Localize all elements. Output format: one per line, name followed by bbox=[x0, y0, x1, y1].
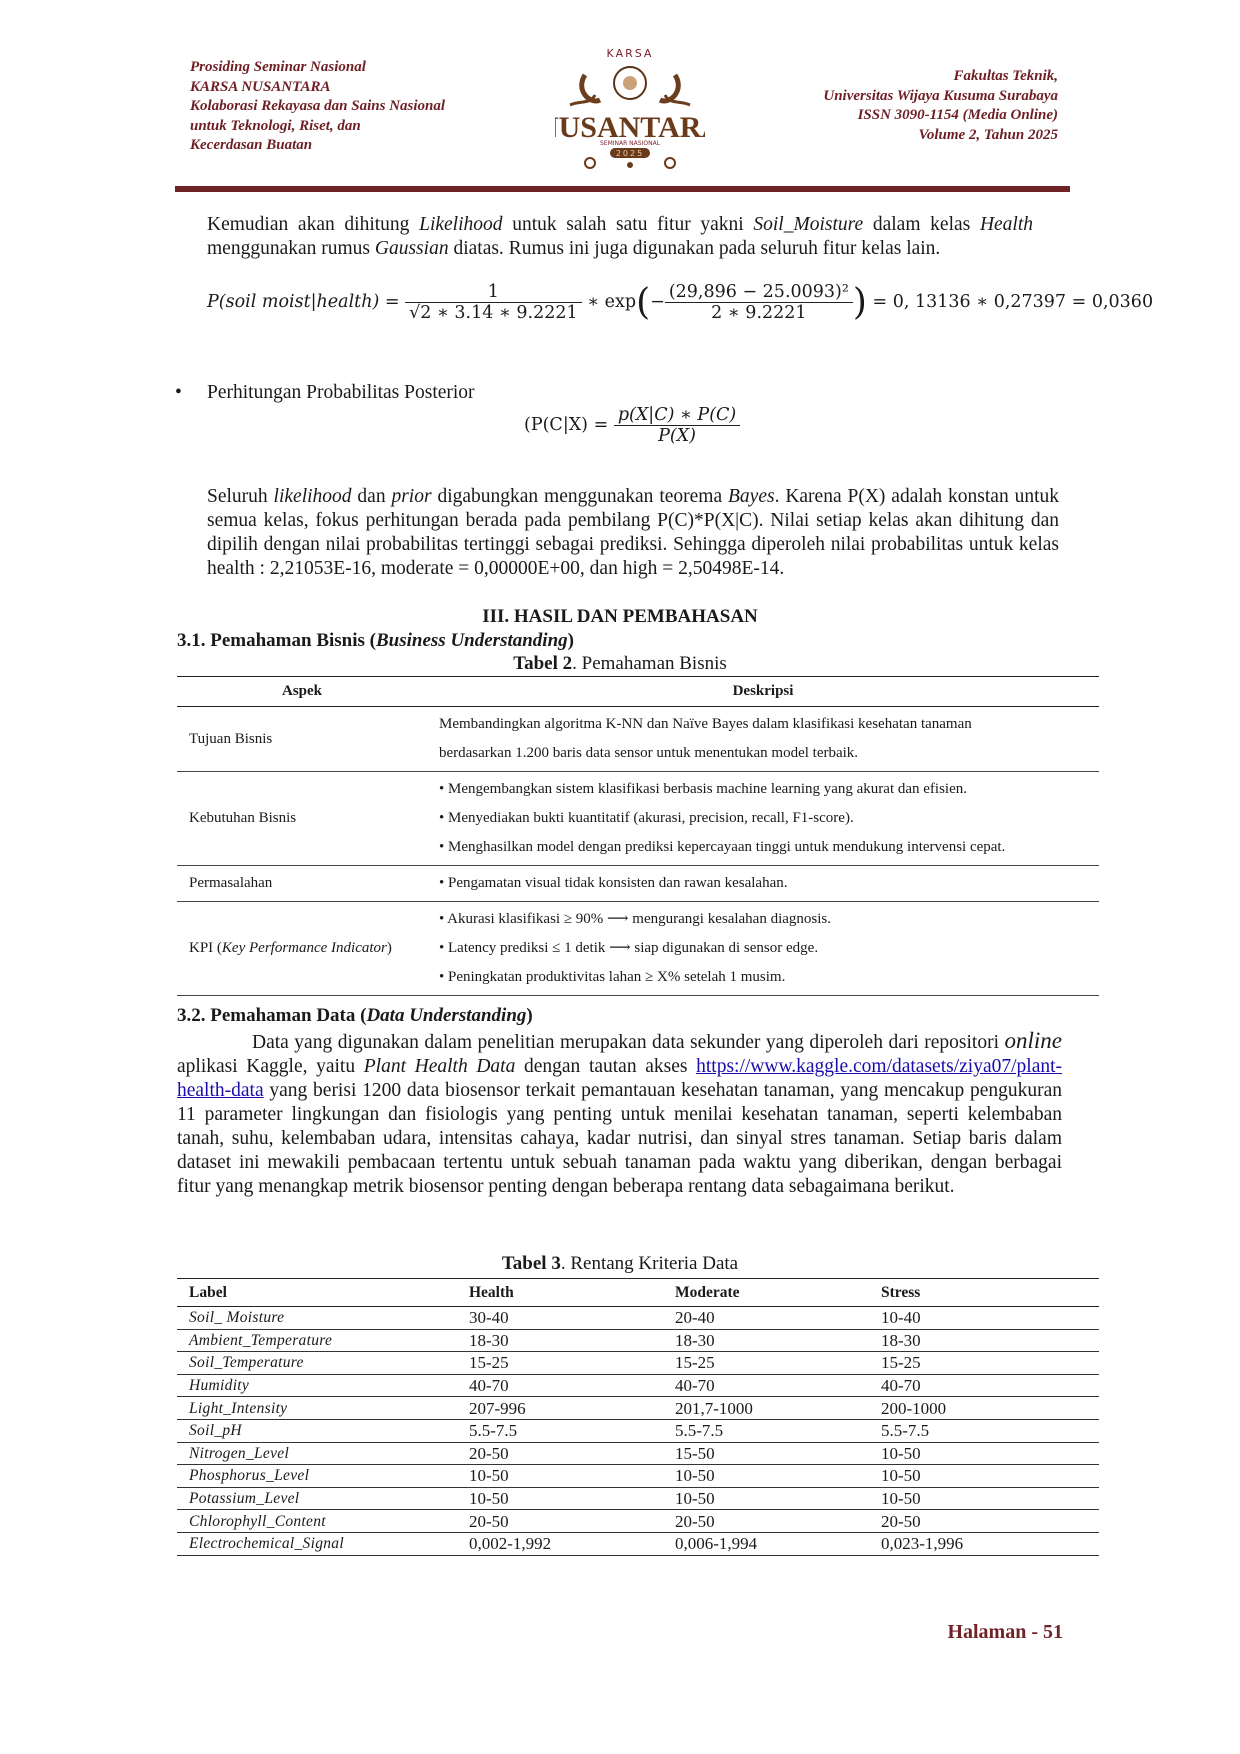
svg-text:KARSA: KARSA bbox=[607, 47, 654, 60]
aspect-cell: Kebutuhan Bisnis bbox=[177, 772, 427, 866]
feature-label-cell: Chlorophyll_Content bbox=[177, 1510, 457, 1533]
range-cell: 10-50 bbox=[457, 1487, 663, 1510]
range-cell: 18-30 bbox=[457, 1329, 663, 1352]
aspect-cell: Tujuan Bisnis bbox=[177, 707, 427, 772]
range-cell: 10-50 bbox=[663, 1487, 869, 1510]
feature-label-cell: Soil_pH bbox=[177, 1419, 457, 1442]
column-header: Stress bbox=[869, 1279, 1099, 1307]
gaussian-likelihood-formula: P(soil moist|health) = 1 √2 ∗ 3.14 ∗ 9.2… bbox=[207, 282, 1153, 323]
table-row: Humidity40-7040-7040-70 bbox=[177, 1374, 1099, 1397]
range-cell: 201,7-1000 bbox=[663, 1397, 869, 1420]
range-cell: 0,023-1,996 bbox=[869, 1532, 1099, 1555]
range-cell: 20-50 bbox=[663, 1510, 869, 1533]
table-row: Phosphorus_Level10-5010-5010-50 bbox=[177, 1465, 1099, 1488]
range-cell: 0,002-1,992 bbox=[457, 1532, 663, 1555]
table-row: Soil_Temperature15-2515-2515-25 bbox=[177, 1352, 1099, 1375]
range-cell: 40-70 bbox=[663, 1374, 869, 1397]
range-cell: 20-50 bbox=[457, 1442, 663, 1465]
header-right-line: Universitas Wijaya Kusuma Surabaya bbox=[823, 87, 1058, 107]
formula-fraction-2: (29,896 − 25.0093)² 2 ∗ 9.2221 bbox=[665, 282, 853, 323]
svg-text:2025: 2025 bbox=[616, 149, 644, 158]
likelihood-paragraph: Kemudian akan dihitung Likelihood untuk … bbox=[207, 213, 1033, 261]
formula-fraction-1: 1 √2 ∗ 3.14 ∗ 9.2221 bbox=[405, 282, 582, 323]
header-left-line: KARSA NUSANTARA bbox=[190, 78, 445, 98]
table-row: Soil_ Moisture30-4020-4010-40 bbox=[177, 1307, 1099, 1330]
range-cell: 20-50 bbox=[869, 1510, 1099, 1533]
range-cell: 10-50 bbox=[869, 1442, 1099, 1465]
feature-label-cell: Potassium_Level bbox=[177, 1487, 457, 1510]
description-cell: • Pengamatan visual tidak konsisten dan … bbox=[427, 866, 1099, 902]
header-left-line: Kolaborasi Rekayasa dan Sains Nasional bbox=[190, 97, 445, 117]
column-header: Health bbox=[457, 1279, 663, 1307]
description-cell: • Mengembangkan sistem klasifikasi berba… bbox=[427, 772, 1099, 866]
section-title: III. HASIL DAN PEMBAHASAN bbox=[0, 606, 1240, 628]
range-cell: 20-40 bbox=[663, 1307, 869, 1330]
range-cell: 207-996 bbox=[457, 1397, 663, 1420]
table-row: Chlorophyll_Content20-5020-5020-50 bbox=[177, 1510, 1099, 1533]
table-row: Ambient_Temperature18-3018-3018-30 bbox=[177, 1329, 1099, 1352]
range-cell: 15-25 bbox=[457, 1352, 663, 1375]
aspect-cell: Permasalahan bbox=[177, 866, 427, 902]
range-cell: 20-50 bbox=[457, 1510, 663, 1533]
table-row: Permasalahan • Pengamatan visual tidak k… bbox=[177, 866, 1099, 902]
column-header: Label bbox=[177, 1279, 457, 1307]
table2-caption: Tabel 2. Pemahaman Bisnis bbox=[0, 653, 1240, 675]
bayes-formula: (P(C|X) = p(X|C) ∗ P(C) P(X) bbox=[524, 405, 740, 446]
header-left-line: Kecerdasan Buatan bbox=[190, 136, 445, 156]
range-cell: 18-30 bbox=[663, 1329, 869, 1352]
range-cell: 10-50 bbox=[869, 1487, 1099, 1510]
feature-label-cell: Electrochemical_Signal bbox=[177, 1532, 457, 1555]
header-right-line: ISSN 3090-1154 (Media Online) bbox=[823, 106, 1058, 126]
range-cell: 15-50 bbox=[663, 1442, 869, 1465]
range-cell: 5.5-7.5 bbox=[869, 1419, 1099, 1442]
header-divider bbox=[175, 186, 1070, 192]
data-criteria-table: Label Health Moderate Stress Soil_ Moist… bbox=[177, 1278, 1099, 1556]
feature-label-cell: Nitrogen_Level bbox=[177, 1442, 457, 1465]
description-cell: Membandingkan algoritma K-NN dan Naïve B… bbox=[427, 707, 1099, 772]
header-right-line: Fakultas Teknik, bbox=[823, 67, 1058, 87]
table-row: Tujuan Bisnis Membandingkan algoritma K-… bbox=[177, 707, 1099, 772]
formula-result: = 0, 13136 ∗ 0,27397 = 0,0360 bbox=[873, 292, 1154, 312]
table-row: Nitrogen_Level20-5015-5010-50 bbox=[177, 1442, 1099, 1465]
subsection-3-1-title: 3.1. Pemahaman Bisnis (Business Understa… bbox=[177, 630, 574, 652]
feature-label-cell: Light_Intensity bbox=[177, 1397, 457, 1420]
journal-header-right: Fakultas Teknik, Universitas Wijaya Kusu… bbox=[823, 67, 1058, 145]
karsa-nusantara-logo: KARSA NUSANTARA SEMINAR NASIONAL 2025 bbox=[555, 45, 705, 170]
subsection-3-2-title: 3.2. Pemahaman Data (Data Understanding) bbox=[177, 1005, 533, 1027]
range-cell: 5.5-7.5 bbox=[663, 1419, 869, 1442]
table-row: KPI (Key Performance Indicator) • Akuras… bbox=[177, 902, 1099, 996]
range-cell: 0,006-1,994 bbox=[663, 1532, 869, 1555]
table-row: Soil_pH5.5-7.55.5-7.55.5-7.5 bbox=[177, 1419, 1099, 1442]
header-left-line: Prosiding Seminar Nasional bbox=[190, 58, 445, 78]
range-cell: 15-25 bbox=[663, 1352, 869, 1375]
table-row: Kebutuhan Bisnis • Mengembangkan sistem … bbox=[177, 772, 1099, 866]
formula-lhs: P(soil moist|health) = bbox=[207, 292, 400, 312]
business-understanding-table: Aspek Deskripsi Tujuan Bisnis Membanding… bbox=[177, 676, 1099, 996]
range-cell: 10-50 bbox=[663, 1465, 869, 1488]
range-cell: 40-70 bbox=[457, 1374, 663, 1397]
page-number: Halaman - 51 bbox=[947, 1621, 1063, 1644]
range-cell: 5.5-7.5 bbox=[457, 1419, 663, 1442]
column-header: Deskripsi bbox=[427, 677, 1099, 707]
table3-caption: Tabel 3. Rentang Kriteria Data bbox=[0, 1253, 1240, 1275]
range-cell: 30-40 bbox=[457, 1307, 663, 1330]
range-cell: 200-1000 bbox=[869, 1397, 1099, 1420]
header-left-line: untuk Teknologi, Riset, dan bbox=[190, 117, 445, 137]
posterior-paragraph: Seluruh likelihood dan prior digabungkan… bbox=[207, 485, 1059, 581]
svg-text:SEMINAR NASIONAL: SEMINAR NASIONAL bbox=[600, 140, 661, 147]
column-header: Aspek bbox=[177, 677, 427, 707]
range-cell: 40-70 bbox=[869, 1374, 1099, 1397]
feature-label-cell: Soil_ Moisture bbox=[177, 1307, 457, 1330]
table-row: Light_Intensity207-996201,7-1000200-1000 bbox=[177, 1397, 1099, 1420]
range-cell: 10-50 bbox=[457, 1465, 663, 1488]
table-row: Potassium_Level10-5010-5010-50 bbox=[177, 1487, 1099, 1510]
journal-header-left: Prosiding Seminar Nasional KARSA NUSANTA… bbox=[190, 58, 445, 156]
description-cell: • Akurasi klasifikasi ≥ 90% ⟶ mengurangi… bbox=[427, 902, 1099, 996]
range-cell: 15-25 bbox=[869, 1352, 1099, 1375]
range-cell: 10-40 bbox=[869, 1307, 1099, 1330]
column-header: Moderate bbox=[663, 1279, 869, 1307]
feature-label-cell: Soil_Temperature bbox=[177, 1352, 457, 1375]
table-row: Electrochemical_Signal0,002-1,9920,006-1… bbox=[177, 1532, 1099, 1555]
aspect-cell: KPI (Key Performance Indicator) bbox=[177, 902, 427, 996]
data-understanding-paragraph: Data yang digunakan dalam penelitian mer… bbox=[177, 1029, 1062, 1199]
feature-label-cell: Ambient_Temperature bbox=[177, 1329, 457, 1352]
header-right-line: Volume 2, Tahun 2025 bbox=[823, 126, 1058, 146]
feature-label-cell: Humidity bbox=[177, 1374, 457, 1397]
range-cell: 18-30 bbox=[869, 1329, 1099, 1352]
feature-label-cell: Phosphorus_Level bbox=[177, 1465, 457, 1488]
range-cell: 10-50 bbox=[869, 1465, 1099, 1488]
